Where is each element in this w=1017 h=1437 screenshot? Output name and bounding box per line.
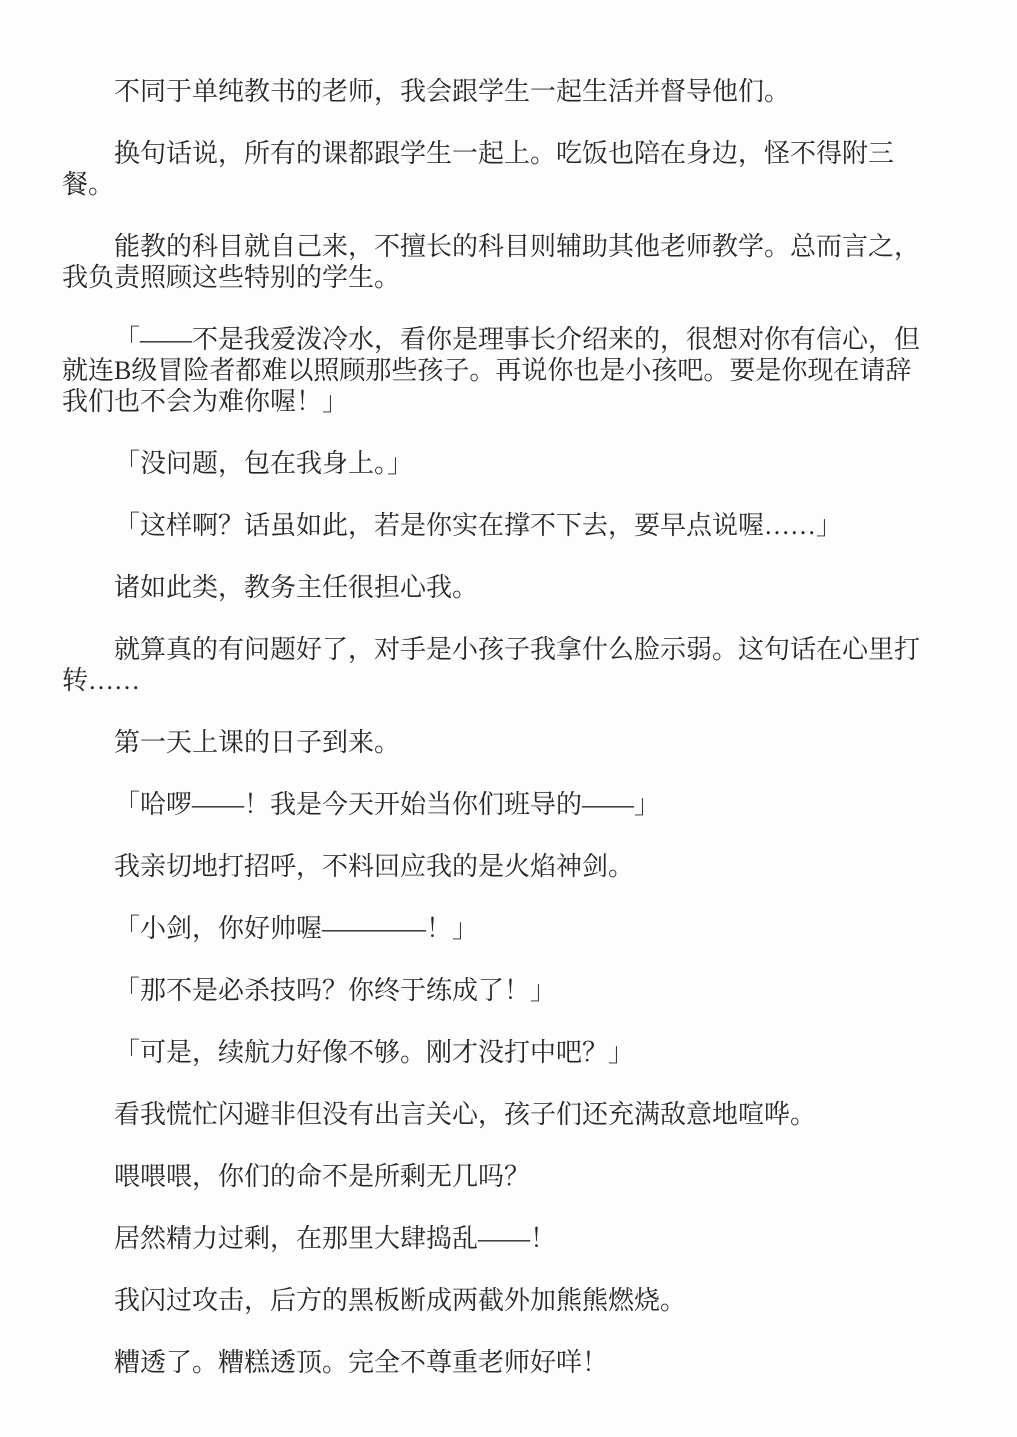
paragraph-8: 就算真的有问题好了，对手是小孩子我拿什么脸示弱。这句话在心里打转…… [62,634,935,696]
paragraph-19: 糟透了。糟糕透顶。完全不尊重老师好咩！ [62,1347,935,1378]
paragraph-2: 换句话说，所有的课都跟学生一起上。吃饭也陪在身边，怪不得附三餐。 [62,138,935,200]
paragraph-5: 「没问题，包在我身上。」 [62,448,935,479]
paragraph-7: 诸如此类，教务主任很担心我。 [62,572,935,603]
paragraph-14: 「可是，续航力好像不够。刚才没打中吧？」 [62,1037,935,1068]
paragraph-17: 居然精力过剩，在那里大肆捣乱——！ [62,1223,935,1254]
paragraph-18: 我闪过攻击，后方的黑板断成两截外加熊熊燃烧。 [62,1285,935,1316]
paragraph-12: 「小剑，你好帅喔————！」 [62,913,935,944]
paragraph-11: 我亲切地打招呼，不料回应我的是火焰神剑。 [62,851,935,882]
paragraph-4: 「——不是我爱泼冷水，看你是理事长介绍来的，很想对你有信心，但就连B级冒险者都难… [62,324,935,417]
paragraph-6: 「这样啊？话虽如此，若是你实在撑不下去，要早点说喔……」 [62,510,935,541]
novel-page: 不同于单纯教书的老师，我会跟学生一起生活并督导他们。 换句话说，所有的课都跟学生… [0,0,1017,1437]
paragraph-16: 喂喂喂，你们的命不是所剩无几吗？ [62,1161,935,1192]
paragraph-13: 「那不是必杀技吗？你终于练成了！」 [62,975,935,1006]
paragraph-1: 不同于单纯教书的老师，我会跟学生一起生活并督导他们。 [62,76,935,107]
paragraph-10: 「哈啰——！我是今天开始当你们班导的——」 [62,789,935,820]
paragraph-15: 看我慌忙闪避非但没有出言关心，孩子们还充满敌意地喧哗。 [62,1099,935,1130]
paragraph-3: 能教的科目就自己来，不擅长的科目则辅助其他老师教学。总而言之，我负责照顾这些特别… [62,231,935,293]
paragraph-9: 第一天上课的日子到来。 [62,727,935,758]
